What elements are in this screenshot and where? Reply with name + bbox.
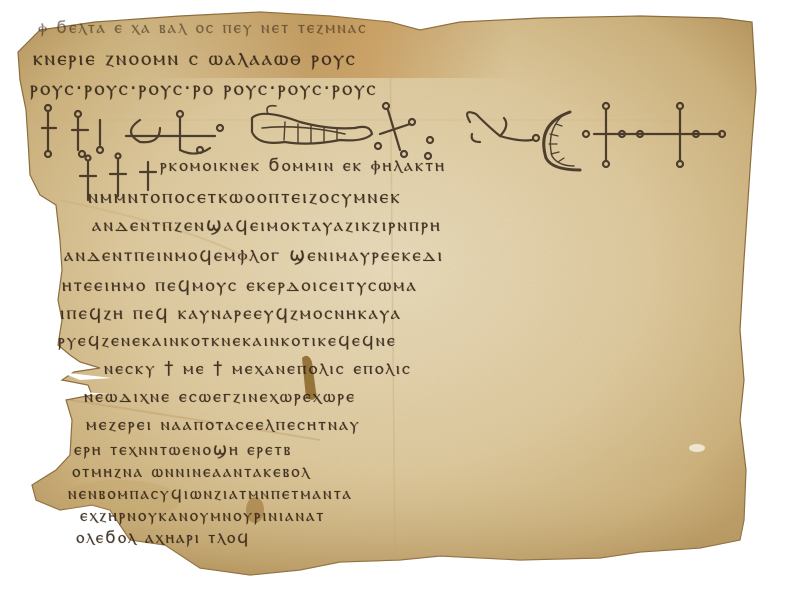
text-line-13: ⲙⲉⲍⲉⲣⲉⲓ ⲛⲁⲁⲡⲟⲧⲁⲥⲉⲉⲗⲡⲉⲥⲏⲧⲛⲁⲩ [86,414,361,435]
text-line-10: ⲣⲩⲉϥⲍⲉⲛⲉⲕⲁⲓⲛⲕⲟⲧⲕⲛⲉⲕⲁⲓⲛⲕⲟⲧⲓⲕⲉϥⲉϥⲛⲉ [58,330,397,351]
manuscript-photograph: ⲫ ϭⲉⲗⲧⲁ ⲉ ⲭⲁ ⲃⲁⲗ ⲟⲥ ⲡⲉⲩ ⲛⲉⲧ ⲧⲉⲍⲙⲛⲁⲥ ⲕⲛⲉⲣ… [0,0,787,600]
text-line-2: ⲕⲛⲉⲣⲓⲉ ⲍⲛⲟⲟⲙⲛ ⲥ ⲱⲁⲗⲁⲁⲱⲑ ⲣⲟⲩⲥ [33,46,357,71]
text-line-8: ⲏⲧⲉⲉⲓⲏⲙⲟ ⲡⲉϥⲙⲟⲩⲥ ⲉⲕⲉⲣⲇⲟⲓⲥⲉⲓⲧⲩⲥⲱⲙⲁ [62,274,418,296]
text-line-4: ⲣⲕⲟⲙⲟⲓⲕⲛⲉⲕ ϭⲟⲙⲙⲓⲛ ⲉⲕ ⲫⲏⲗⲁⲕⲧⲏ [160,155,446,176]
text-line-3: ⲣⲟⲩⲥ·ⲣⲟⲩⲥ·ⲣⲟⲩⲥ·ⲣⲟ ⲣⲟⲩⲥ·ⲣⲟⲩⲥ·ⲣⲟⲩⲥ [30,76,378,101]
text-line-17: ⲉⲭⲍⲏⲣⲛⲟⲩⲕⲁⲛⲟⲩⲙⲛⲟⲩⲣⲓⲛⲓⲁⲛⲁⲧ [80,506,325,526]
text-line-15: ⲟⲧⲙⲏⲍⲛⲁ ⲱⲛⲛⲓⲛⲉⲁⲁⲛⲧⲁⲕⲉⲃⲟⲗ [72,462,311,482]
manuscript-text: ⲫ ϭⲉⲗⲧⲁ ⲉ ⲭⲁ ⲃⲁⲗ ⲟⲥ ⲡⲉⲩ ⲛⲉⲧ ⲧⲉⲍⲙⲛⲁⲥ ⲕⲛⲉⲣ… [0,0,787,600]
text-line-11: ⲛⲉⲥⲕⲩ † ⲙⲉ † ⲙⲉⲭⲁⲛⲉⲡⲟⲗⲓⲥ ⲉⲡⲟⲗⲓⲥ [104,358,412,379]
text-line-12: ⲛⲉⲱⲇⲓⲭⲛⲉ ⲉⲥⲱⲉⲅⲍⲓⲛⲉⲭⲱⲣⲉⲭⲱⲣⲉ [84,386,356,407]
text-line-1: ⲫ ϭⲉⲗⲧⲁ ⲉ ⲭⲁ ⲃⲁⲗ ⲟⲥ ⲡⲉⲩ ⲛⲉⲧ ⲧⲉⲍⲙⲛⲁⲥ [38,18,368,38]
text-line-16: ⲛⲉⲛⲃⲟⲙⲡⲁⲥⲩϥⲓⲱⲛⲍⲓⲁⲧⲙⲛⲡⲉⲧⲙⲁⲛⲧⲁ [68,484,353,504]
text-line-14: ⲉⲣⲏ ⲧⲉⲭⲛⲛⲧⲱⲉⲛⲟϣⲏ ⲉⲣⲉⲧⲃ [74,440,292,460]
text-line-9: ⲓⲡⲉϥⲍⲏ ⲡⲉϥ ⲕⲁⲩⲛⲁⲣⲉⲉⲩϥⲍⲙⲟⲥⲛⲏⲕⲁⲩⲁ [60,302,402,324]
text-line-6: ⲁⲛⲇⲉⲛⲧⲡⲍⲉⲛϣⲁϥⲉⲓⲙⲟⲕⲧⲁⲩⲁⲍⲓⲕⲍⲓⲣⲛⲡⲣⲏ [92,214,442,236]
text-line-18: ⲟⲗⲉϭⲟⲗ ⲁⲭⲏⲁⲣⲓ ⲧⲗⲟϥ [76,528,250,548]
text-line-7: ⲁⲛⲇⲉⲛⲧⲡⲉⲓⲛⲙⲟϥⲉⲙⲫⲗⲟⲅ ϣⲉⲛⲓⲙⲁⲩⲣⲉⲉⲕⲉⲇⲓ [64,244,444,266]
text-line-5: ⲛⲙⲙⲛⲧⲟⲡⲟⲥⲉⲧⲕⲱⲟⲟⲡⲧⲉⲓⲍⲟⲥⲩⲙⲛⲉⲕ [88,184,402,208]
